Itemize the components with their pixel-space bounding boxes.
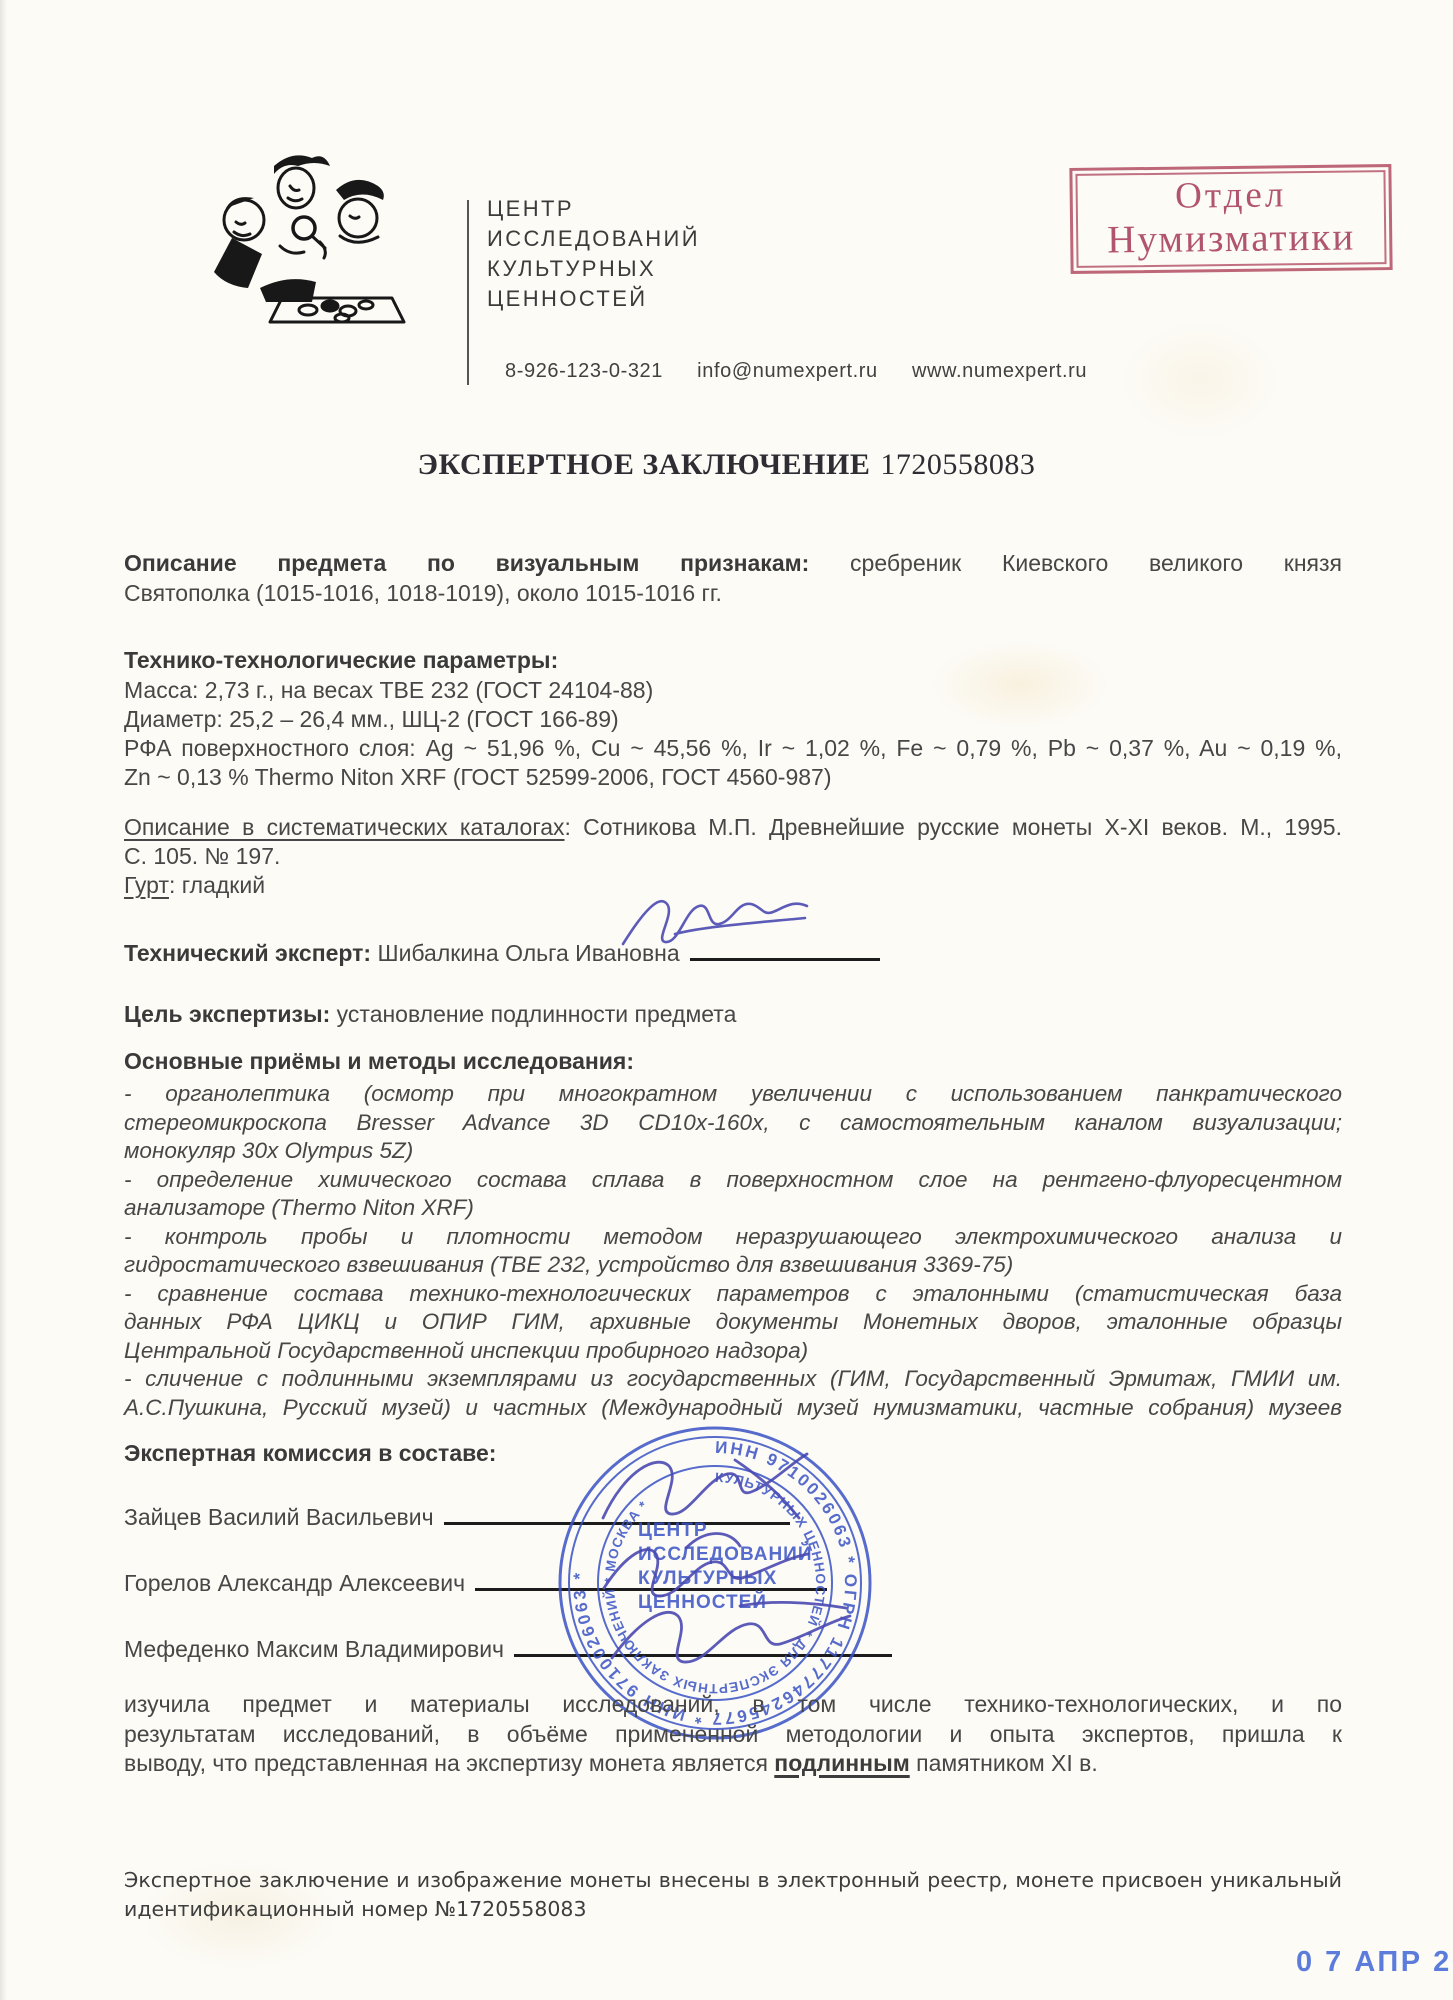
paragraph-line: результатам исследований, в объёме приме… [124, 1720, 1342, 1750]
purpose-text: установление подлинности предмета [337, 1001, 737, 1027]
document-page: ЦЕНТР ИССЛЕДОВАНИЙ КУЛЬТУРНЫХ ЦЕННОСТЕЙ … [0, 0, 1453, 2000]
org-name-line: ЦЕННОСТЕЙ [487, 284, 700, 314]
tech-params-section: Технико-технологические параметры: Масса… [124, 644, 1342, 792]
org-name-line: КУЛЬТУРНЫХ [487, 254, 700, 284]
authenticity-emphasis: подлинным [774, 1750, 909, 1776]
document-title-label: ЭКСПЕРТНОЕ ЗАКЛЮЧЕНИЕ [418, 448, 871, 481]
paragraph-line: изучила предмет и материалы исследований… [124, 1690, 1342, 1720]
numismatists-logo-icon [196, 142, 408, 328]
purpose-row: Цель экспертизы: установление подлинност… [124, 999, 1342, 1029]
document-title: ЭКСПЕРТНОЕ ЗАКЛЮЧЕНИЕ1720558083 [0, 448, 1453, 482]
method-line: гидростатического взвешивания (ТВЕ 232, … [124, 1251, 1342, 1280]
mass-line: Масса: 2,73 г., на весах ТВЕ 232 (ГОСТ 2… [124, 676, 1342, 705]
member-name: Зайцев Василий Васильевич [124, 1504, 434, 1530]
header-divider [467, 200, 469, 385]
registry-note: Экспертное заключение и изображение моне… [124, 1866, 1342, 1924]
methods-list: - органолептика (осмотр при многократном… [124, 1080, 1342, 1422]
org-name-line: ИССЛЕДОВАНИЙ [487, 224, 700, 254]
paragraph-line: С. 105. № 197. [124, 842, 1342, 871]
department-stamp-line2: Нумизматики [1078, 215, 1385, 263]
scan-edge-shadow [0, 0, 7, 2000]
visual-description-paragraph: Описание предмета по визуальным признака… [124, 548, 1342, 608]
website-url: www.numexpert.ru [912, 360, 1087, 382]
org-name: ЦЕНТР ИССЛЕДОВАНИЙ КУЛЬТУРНЫХ ЦЕННОСТЕЙ [487, 194, 700, 314]
xrf-line: РФА поверхностного слоя: Ag ~ 51,96 %, C… [124, 734, 1342, 763]
catalog-label: Описание в систематических каталогах [124, 814, 565, 840]
methods-heading: Основные приёмы и методы исследования: [124, 1046, 1342, 1076]
xrf-line: Zn ~ 0,13 % Thermo Niton XRF (ГОСТ 52599… [124, 763, 1342, 792]
member-name: Горелов Александр Алексеевич [124, 1570, 465, 1596]
signature-mefedenko [600, 1582, 860, 1682]
tech-expert-label: Технический эксперт: [124, 940, 371, 966]
department-stamp: Отдел Нумизматики [1069, 164, 1392, 274]
method-line: данных РФА ЦИКЦ и ОПИР ГИМ, архивные док… [124, 1308, 1342, 1337]
document-number: 1720558083 [880, 448, 1035, 481]
paper-blotch [1120, 320, 1280, 440]
conclusion-paragraph: изучила предмет и материалы исследований… [124, 1690, 1342, 1779]
tech-params-heading: Технико-технологические параметры: [124, 644, 1342, 676]
paragraph-line: Святополка (1015-1016, 1018-1019), около… [124, 578, 1342, 608]
signature-shibalkina [615, 882, 815, 962]
paragraph-line: : Сотникова М.П. Древнейшие русские моне… [565, 814, 1343, 840]
paragraph-line: выводу, что представленная на экспертизу… [124, 1750, 774, 1776]
method-line: стереомикроскопа Bresser Advance 3D CD10… [124, 1109, 1342, 1138]
method-line: - сличение с подлинными экземплярами из … [124, 1365, 1342, 1394]
method-line: анализаторе (Thermo Niton XRF) [124, 1194, 1342, 1223]
department-stamp-line1: Отдел [1077, 173, 1383, 219]
diameter-line: Диаметр: 25,2 – 26,4 мм., ШЦ-2 (ГОСТ 166… [124, 705, 1342, 734]
edge-label: Гурт [124, 872, 169, 898]
email-address: info@numexpert.ru [697, 360, 878, 382]
paragraph-line: Экспертное заключение и изображение моне… [124, 1866, 1342, 1895]
phone-number: 8-926-123-0-321 [505, 360, 663, 382]
paragraph-line: идентификационный номер №1720558083 [124, 1895, 1342, 1924]
method-line: - контроль пробы и плотности методом нер… [124, 1223, 1342, 1252]
contact-row: 8-926-123-0-321 info@numexpert.ru www.nu… [505, 360, 1115, 383]
paragraph-line: сребреник Киевского великого князя [850, 550, 1342, 576]
method-line: - органолептика (осмотр при многократном… [124, 1080, 1342, 1109]
visual-description-label: Описание предмета по визуальным признака… [124, 550, 809, 576]
method-line: - определение химического состава сплава… [124, 1166, 1342, 1195]
edge-value: : гладкий [169, 872, 265, 898]
member-name: Мефеденко Максим Владимирович [124, 1636, 504, 1662]
method-line: монокуляр 30x Olympus 5Z) [124, 1137, 1342, 1166]
org-name-line: ЦЕНТР [487, 194, 700, 224]
method-line: - сравнение состава технико-технологичес… [124, 1280, 1342, 1309]
purpose-label: Цель экспертизы: [124, 1001, 330, 1027]
date-stamp: 0 7 АПР 2021 [1296, 1946, 1453, 1979]
department-stamp-border: Отдел Нумизматики [1075, 170, 1386, 268]
method-line: Центральной Государственной инспекции пр… [124, 1337, 1342, 1366]
paragraph-line: памятником XI в. [910, 1750, 1098, 1776]
